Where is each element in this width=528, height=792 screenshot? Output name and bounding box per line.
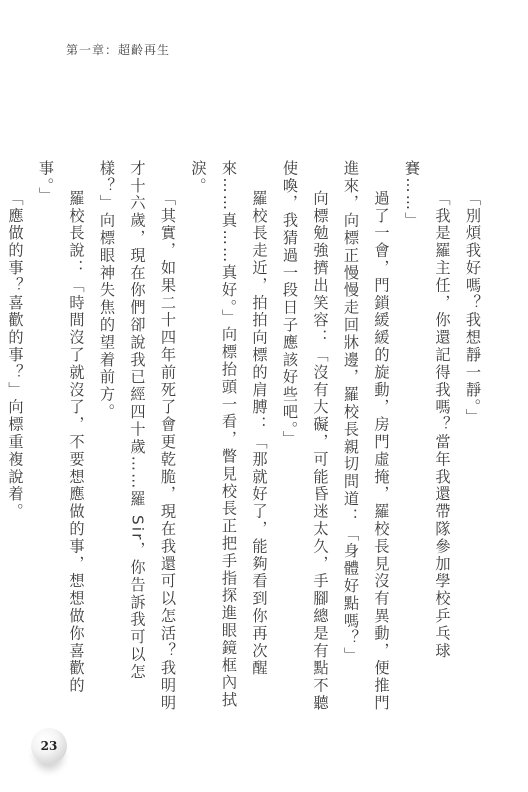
paragraph: 「其實，如果二十四年前死了會更乾脆，現在我還可以怎活？我明明才十六歲，現在你們卻… bbox=[92, 160, 184, 720]
running-header-chapter-title: 第一章：超齡再生 bbox=[66, 41, 170, 58]
paragraph: 過了一會，門鎖緩緩的旋動，房門虛掩，羅校長見沒有異動，便推門進來，向標正慢慢走回… bbox=[336, 160, 397, 720]
paragraph: 「別煩我好嗎？我想靜一靜。」 bbox=[458, 160, 489, 720]
page-number-ball: 23 bbox=[31, 728, 67, 764]
paragraph: 羅校長走近，拍拍向標的肩膊：「那就好了，能夠看到你再次醒來……真……真好。」向標… bbox=[183, 160, 275, 720]
paragraph: 羅校長說：「時間沒了就沒了，不要想應做的事，想想做你喜歡的事。」 bbox=[31, 160, 92, 720]
vertical-body-text: 「別煩我好嗎？我想靜一靜。」 「我是羅主任，你還記得我嗎？當年我還帶隊參加學校乒… bbox=[18, 160, 488, 720]
paragraph: 「應做的事？喜歡的事？」向標重複說着。 bbox=[0, 160, 31, 720]
paragraph: 向標勉強擠出笑容：「沒有大礙，可能昏迷太久，手腳總是有點不聽使喚，我猜過一段日子… bbox=[275, 160, 336, 720]
paragraph: 「我是羅主任，你還記得我嗎？當年我還帶隊參加學校乒乓球賽……」 bbox=[397, 160, 458, 720]
page-number: 23 bbox=[41, 739, 58, 753]
